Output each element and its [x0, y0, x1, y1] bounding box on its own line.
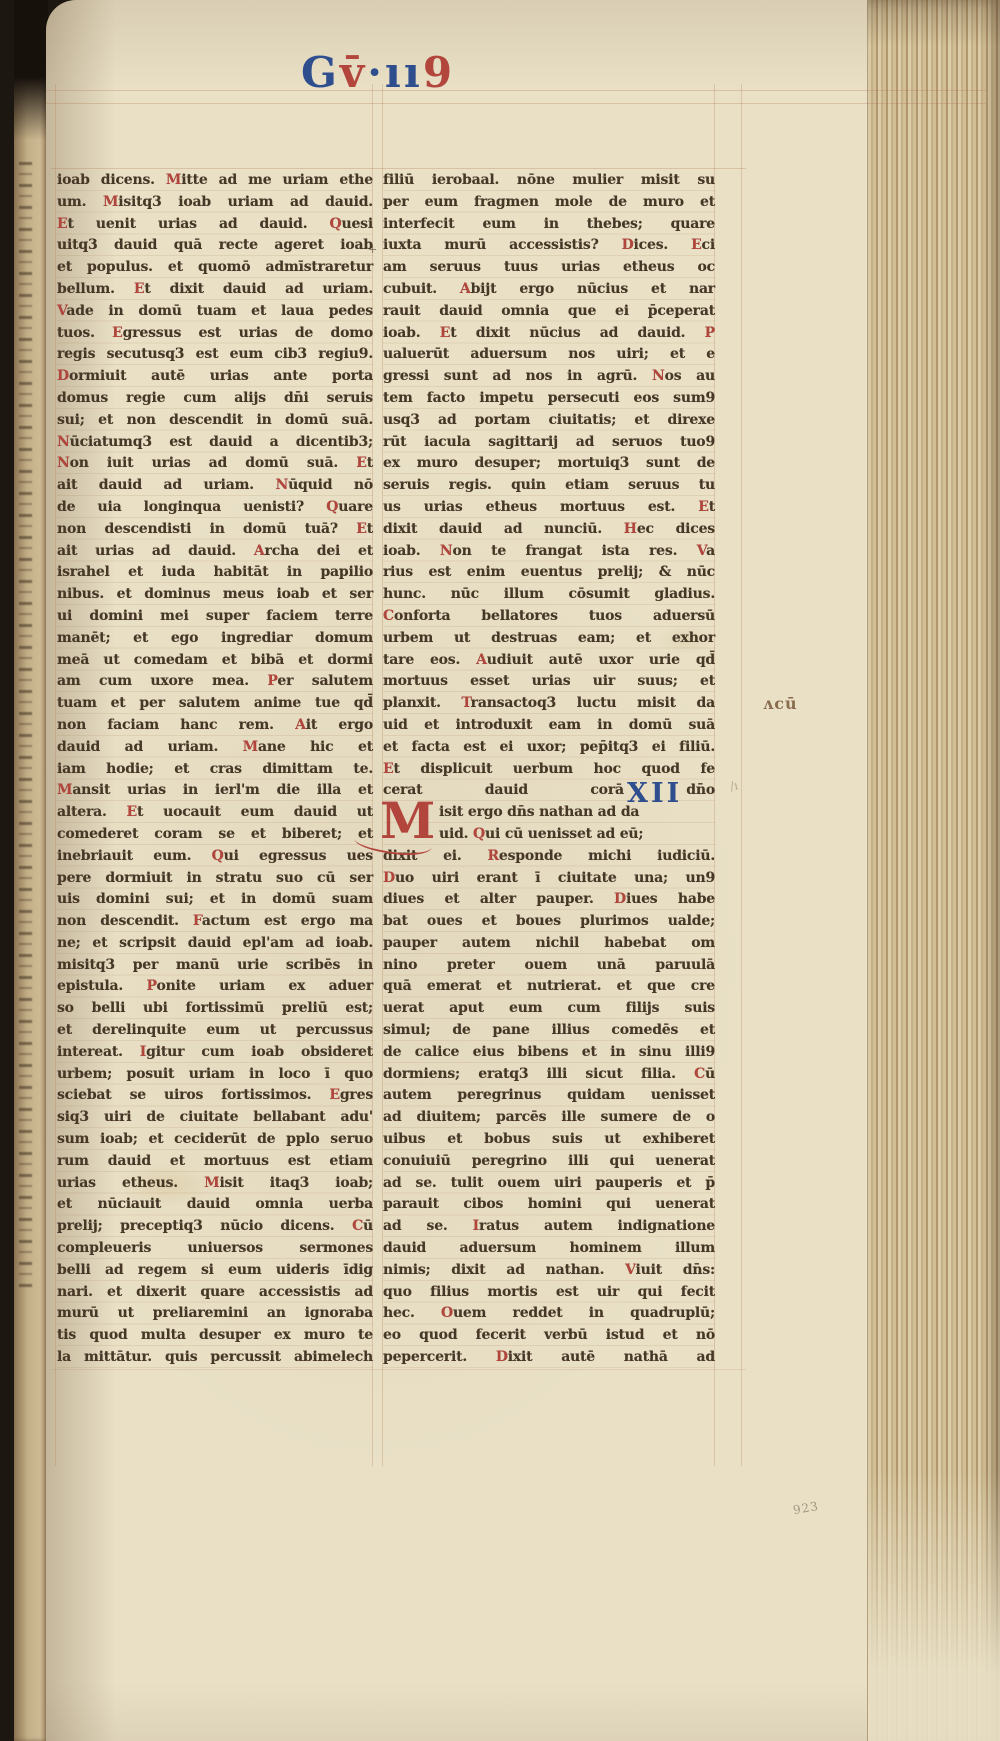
manuscript-text-line: rum dauid et mortuus est etiam [57, 1151, 373, 1173]
manuscript-text-line: dormiens; eratq3 illi sicut filia. Cū [383, 1064, 715, 1086]
running-title-segment: v̄ [340, 48, 367, 97]
text-column-left: ioab dicens. Mitte ad me uriam etheum. M… [57, 170, 373, 1369]
manuscript-text-line: tuam et per salutem anime tue qd̄ [57, 693, 373, 715]
running-title-segment: · [367, 48, 385, 97]
manuscript-text-line: bat oues et boues plurimos ualde; [383, 911, 715, 933]
manuscript-text-line: dixit dauid ad nunciū. Hec dices [383, 519, 715, 541]
ruling-line-vertical [55, 84, 56, 1466]
running-title: Gv̄·ıı9 [301, 48, 455, 97]
manuscript-text-line: mortuus esset urias uir suus; et [383, 671, 715, 693]
manuscript-text-line: de calice eius bibens et in sinu illi9 [383, 1042, 715, 1064]
manuscript-text-line: Conforta bellatores tuos aduersū [383, 606, 715, 628]
manuscript-text-line: Vade in domū tuam et laua pedes [57, 301, 373, 323]
manuscript-text-line: conuiuiū peregrino illi qui uenerat [383, 1151, 715, 1173]
underpage-edge [14, 0, 48, 1741]
manuscript-text-line: altera. Et uocauit eum dauid ut [57, 802, 373, 824]
manuscript-text-line: misitq3 per manū urie scribēs in [57, 955, 373, 977]
manuscript-text-line: et populus. et quomō admīstraretur [57, 257, 373, 279]
manuscript-text-line: per eum fragmen mole de muro et [383, 192, 715, 214]
manuscript-text-line: iuxta murū accessistis? Dices. Eci [383, 235, 715, 257]
manuscript-text-line: tis quod multa desuper ex muro te [57, 1325, 373, 1347]
manuscript-text-line: meā ut comedam et bibā et dormi [57, 650, 373, 672]
manuscript-text-line: rūt iacula sagittarij ad seruos tuo9 [383, 432, 715, 454]
manuscript-text-line: quā emerat et nutrierat. et que cre [383, 976, 715, 998]
manuscript-text-line: eo quod fecerit verbū istud et nō [383, 1325, 715, 1347]
manuscript-text-line: rius est enim euentus prelij; & nūc [383, 562, 715, 584]
manuscript-text-line: nimis; dixit ad nathan. Viuit dn̄s: [383, 1260, 715, 1282]
manuscript-text-line: non descendisti in domū tuā? Et [57, 519, 373, 541]
manuscript-text-line: Et uenit urias ad dauid. Quesi [57, 214, 373, 236]
manuscript-text-line: dauid aduersum hominem illum [383, 1238, 715, 1260]
ruling-line-horizontal [51, 168, 746, 169]
manuscript-text-line: Mansit urias in ierl'm die illa et [57, 780, 373, 802]
manuscript-text-line: filiū ierobaal. nōne mulier misit su [383, 170, 715, 192]
manuscript-text-line: tare eos. Audiuit autē uxor urie qd̄ [383, 650, 715, 672]
underpage-text-fragments [19, 162, 32, 1292]
ruling-line-horizontal [51, 1369, 746, 1370]
manuscript-text-line: simul; de pane illius comedēs et [383, 1020, 715, 1042]
manuscript-text-line: non faciam hanc rem. Ait ergo [57, 715, 373, 737]
manuscript-text-line: us urias etheus mortuus est. Et [383, 497, 715, 519]
manuscript-text-line: prelij; preceptiq3 nūcio dicens. Cū [57, 1216, 373, 1238]
manuscript-text-line: manēt; et ego ingrediar domum [57, 628, 373, 650]
manuscript-text-line: am cum uxore mea. Per salutem [57, 671, 373, 693]
manuscript-text-line: sui; et non descendit in domū suā. [57, 410, 373, 432]
page-fore-edges [867, 0, 1000, 1741]
manuscript-text-line: seruis regis. quin etiam seruus tu [383, 475, 715, 497]
manuscript-text-line: pere dormiuit in stratu suo cū ser [57, 868, 373, 890]
manuscript-photo: Gv̄·ıı9 ioab dicens. Mitte ad me uriam e… [0, 0, 1000, 1741]
manuscript-text-line: urbem ut destruas eam; et exhor [383, 628, 715, 650]
manuscript-text-line: ad diuitem; parcēs ille sumere de o [383, 1107, 715, 1129]
manuscript-text-line: tuos. Egressus est urias de domo [57, 323, 373, 345]
manuscript-text-line: epistula. Ponite uriam ex aduer [57, 976, 373, 998]
manuscript-text-line: sum ioab; et ceciderūt de pplo seruo [57, 1129, 373, 1151]
manuscript-text-line: ioab dicens. Mitte ad me uriam ethe [57, 170, 373, 192]
manuscript-text-line: et facta est ei uxor; pep̄itq3 ei filiū. [383, 737, 715, 759]
manuscript-text-line: uibus et bobus suis ut exhiberet [383, 1129, 715, 1151]
manuscript-text-line: pauper autem nichil habebat om [383, 933, 715, 955]
manuscript-text-line: bellum. Et dixit dauid ad uriam. [57, 279, 373, 301]
manuscript-text-line: ad se. Iratus autem indignatione [383, 1216, 715, 1238]
ruling-line-vertical [741, 84, 742, 1466]
gutter-shadow [14, 0, 48, 140]
manuscript-text-line: la mittātur. quis percussit abimelech [57, 1347, 373, 1369]
manuscript-text-line: planxit. Transactoq3 luctu misit da [383, 693, 715, 715]
fore-edge-fade [868, 1471, 1000, 1741]
manuscript-text-line: hunc. nūc illum cōsumit gladius. [383, 584, 715, 606]
manuscript-text-line: de uia longinqua uenisti? Quare [57, 497, 373, 519]
margin-note-faint: ∕ı [729, 778, 740, 793]
manuscript-text-line: intereat. Igitur cum ioab obsideret [57, 1042, 373, 1064]
manuscript-text-line: ad se. tulit ouem uiri pauperis et p̄ [383, 1173, 715, 1195]
running-title-segment: 9 [423, 48, 455, 97]
manuscript-text-line: Nūciatumq3 est dauid a dicentib3; [57, 432, 373, 454]
manuscript-text-line: cubuit. Abijt ergo nūcius et nar [383, 279, 715, 301]
manuscript-text-line: et nūciauit dauid omnia uerba [57, 1194, 373, 1216]
manuscript-text-line: ait dauid ad uriam. Nūquid nō [57, 475, 373, 497]
manuscript-text-line: ualuerūt aduersum nos uiri; et e [383, 344, 715, 366]
manuscript-text-line: hec. Ouem reddet in quadruplū; [383, 1303, 715, 1325]
manuscript-text-line: nino preter ouem unā paruulā [383, 955, 715, 977]
manuscript-text-line: uid et introduxit eam in domū suā [383, 715, 715, 737]
text-column-right: filiū ierobaal. nōne mulier misit super … [383, 170, 715, 1369]
manuscript-text-line: iam hodie; et cras dimittam te. [57, 759, 373, 781]
manuscript-text-line: uerat aput eum cum filijs suis [383, 998, 715, 1020]
manuscript-text-line: belli ad regem si eum uideris īdig [57, 1260, 373, 1282]
manuscript-text-line: ioab. Et dixit nūcius ad dauid. P [383, 323, 715, 345]
manuscript-text-line: murū ut preliaremini an ignoraba [57, 1303, 373, 1325]
manuscript-text-line: diues et alter pauper. Diues habe [383, 889, 715, 911]
manuscript-text-line: uitq3 dauid quā recte ageret ioab [57, 235, 373, 257]
margin-note: ʌcū [763, 694, 798, 713]
manuscript-text-line: israhel et iuda habitāt in papilio [57, 562, 373, 584]
manuscript-text-line: non descendit. Factum est ergo ma [57, 911, 373, 933]
manuscript-text-line: compleueris uniuersos sermones [57, 1238, 373, 1260]
manuscript-text-line: interfecit eum in thebes; quare [383, 214, 715, 236]
manuscript-text-line: siq3 uiri de ciuitate bellabant adu' [57, 1107, 373, 1129]
manuscript-text-line: nibus. et dominus meus ioab et ser [57, 584, 373, 606]
manuscript-text-line: quo filius mortis est uir qui fecit [383, 1282, 715, 1304]
folio-number-pencil: 923 [792, 1499, 820, 1517]
manuscript-text-line: rauit dauid omnia que ei p̄ceperat [383, 301, 715, 323]
manuscript-text-line: ex muro desuper; mortuiq3 sunt de [383, 453, 715, 475]
manuscript-text-line: dauid ad uriam. Mane hic et [57, 737, 373, 759]
manuscript-text-line: et derelinquite eum ut percussus [57, 1020, 373, 1042]
manuscript-text-line: Duo uiri erant ī ciuitate una; un9 [383, 868, 715, 890]
manuscript-text-line: regis secutusq3 est eum cib3 regiu9. [57, 344, 373, 366]
manuscript-text-line: pepercerit. Dixit autē nathā ad [383, 1347, 715, 1369]
manuscript-text-line: autem peregrinus quidam uenisset [383, 1085, 715, 1107]
manuscript-text-line: ui domini mei super faciem terre [57, 606, 373, 628]
manuscript-text-line: urias etheus. Misit itaq3 ioab; [57, 1173, 373, 1195]
ruling-line-horizontal [46, 103, 986, 104]
manuscript-text-line: inebriauit eum. Qui egressus ues [57, 846, 373, 868]
running-title-segment: G [301, 48, 340, 97]
manuscript-text-line: sciebat se uiros fortissimos. Egres [57, 1085, 373, 1107]
manuscript-text-line: gressi sunt ad nos in agrū. Nos au [383, 366, 715, 388]
manuscript-text-line: um. Misitq3 ioab uriam ad dauid. [57, 192, 373, 214]
manuscript-text-line: uis domini sui; et in domū suam [57, 889, 373, 911]
manuscript-text-line: ioab. Non te frangat ista res. Va [383, 541, 715, 563]
chapter-number-xii: XII [627, 778, 682, 809]
manuscript-text-line: urbem; posuit uriam in loco ī quo [57, 1064, 373, 1086]
manuscript-text-line: usq3 ad portam ciuitatis; et direxe [383, 410, 715, 432]
running-title-segment: ıı [385, 48, 423, 97]
manuscript-text-line: tem facto impetu persecuti eos sum9 [383, 388, 715, 410]
manuscript-text-line: Dormiuit autē urias ante porta [57, 366, 373, 388]
manuscript-text-line: comederet coram se et biberet; et [57, 824, 373, 846]
manuscript-text-line: domus regie cum alijs dn̄i seruis [57, 388, 373, 410]
ruling-line-horizontal [46, 90, 986, 91]
manuscript-text-line: so belli ubi fortissimū preliū est; [57, 998, 373, 1020]
manuscript-text-line: Non iuit urias ad domū suā. Et [57, 453, 373, 475]
manuscript-page: Gv̄·ıı9 ioab dicens. Mitte ad me uriam e… [46, 0, 1000, 1741]
manuscript-text-line: parauit cibos homini qui uenerat [383, 1194, 715, 1216]
manuscript-text-line: ait urias ad dauid. Archa dei et [57, 541, 373, 563]
manuscript-text-line: nari. et dixerit quare accessistis ad [57, 1282, 373, 1304]
correction-cross-mark: + [368, 243, 377, 256]
manuscript-text-line: ne; et scripsit dauid epl'am ad ioab. [57, 933, 373, 955]
manuscript-text-line: am seruus tuus urias etheus oc [383, 257, 715, 279]
chapter-initial-m: M [380, 798, 435, 844]
